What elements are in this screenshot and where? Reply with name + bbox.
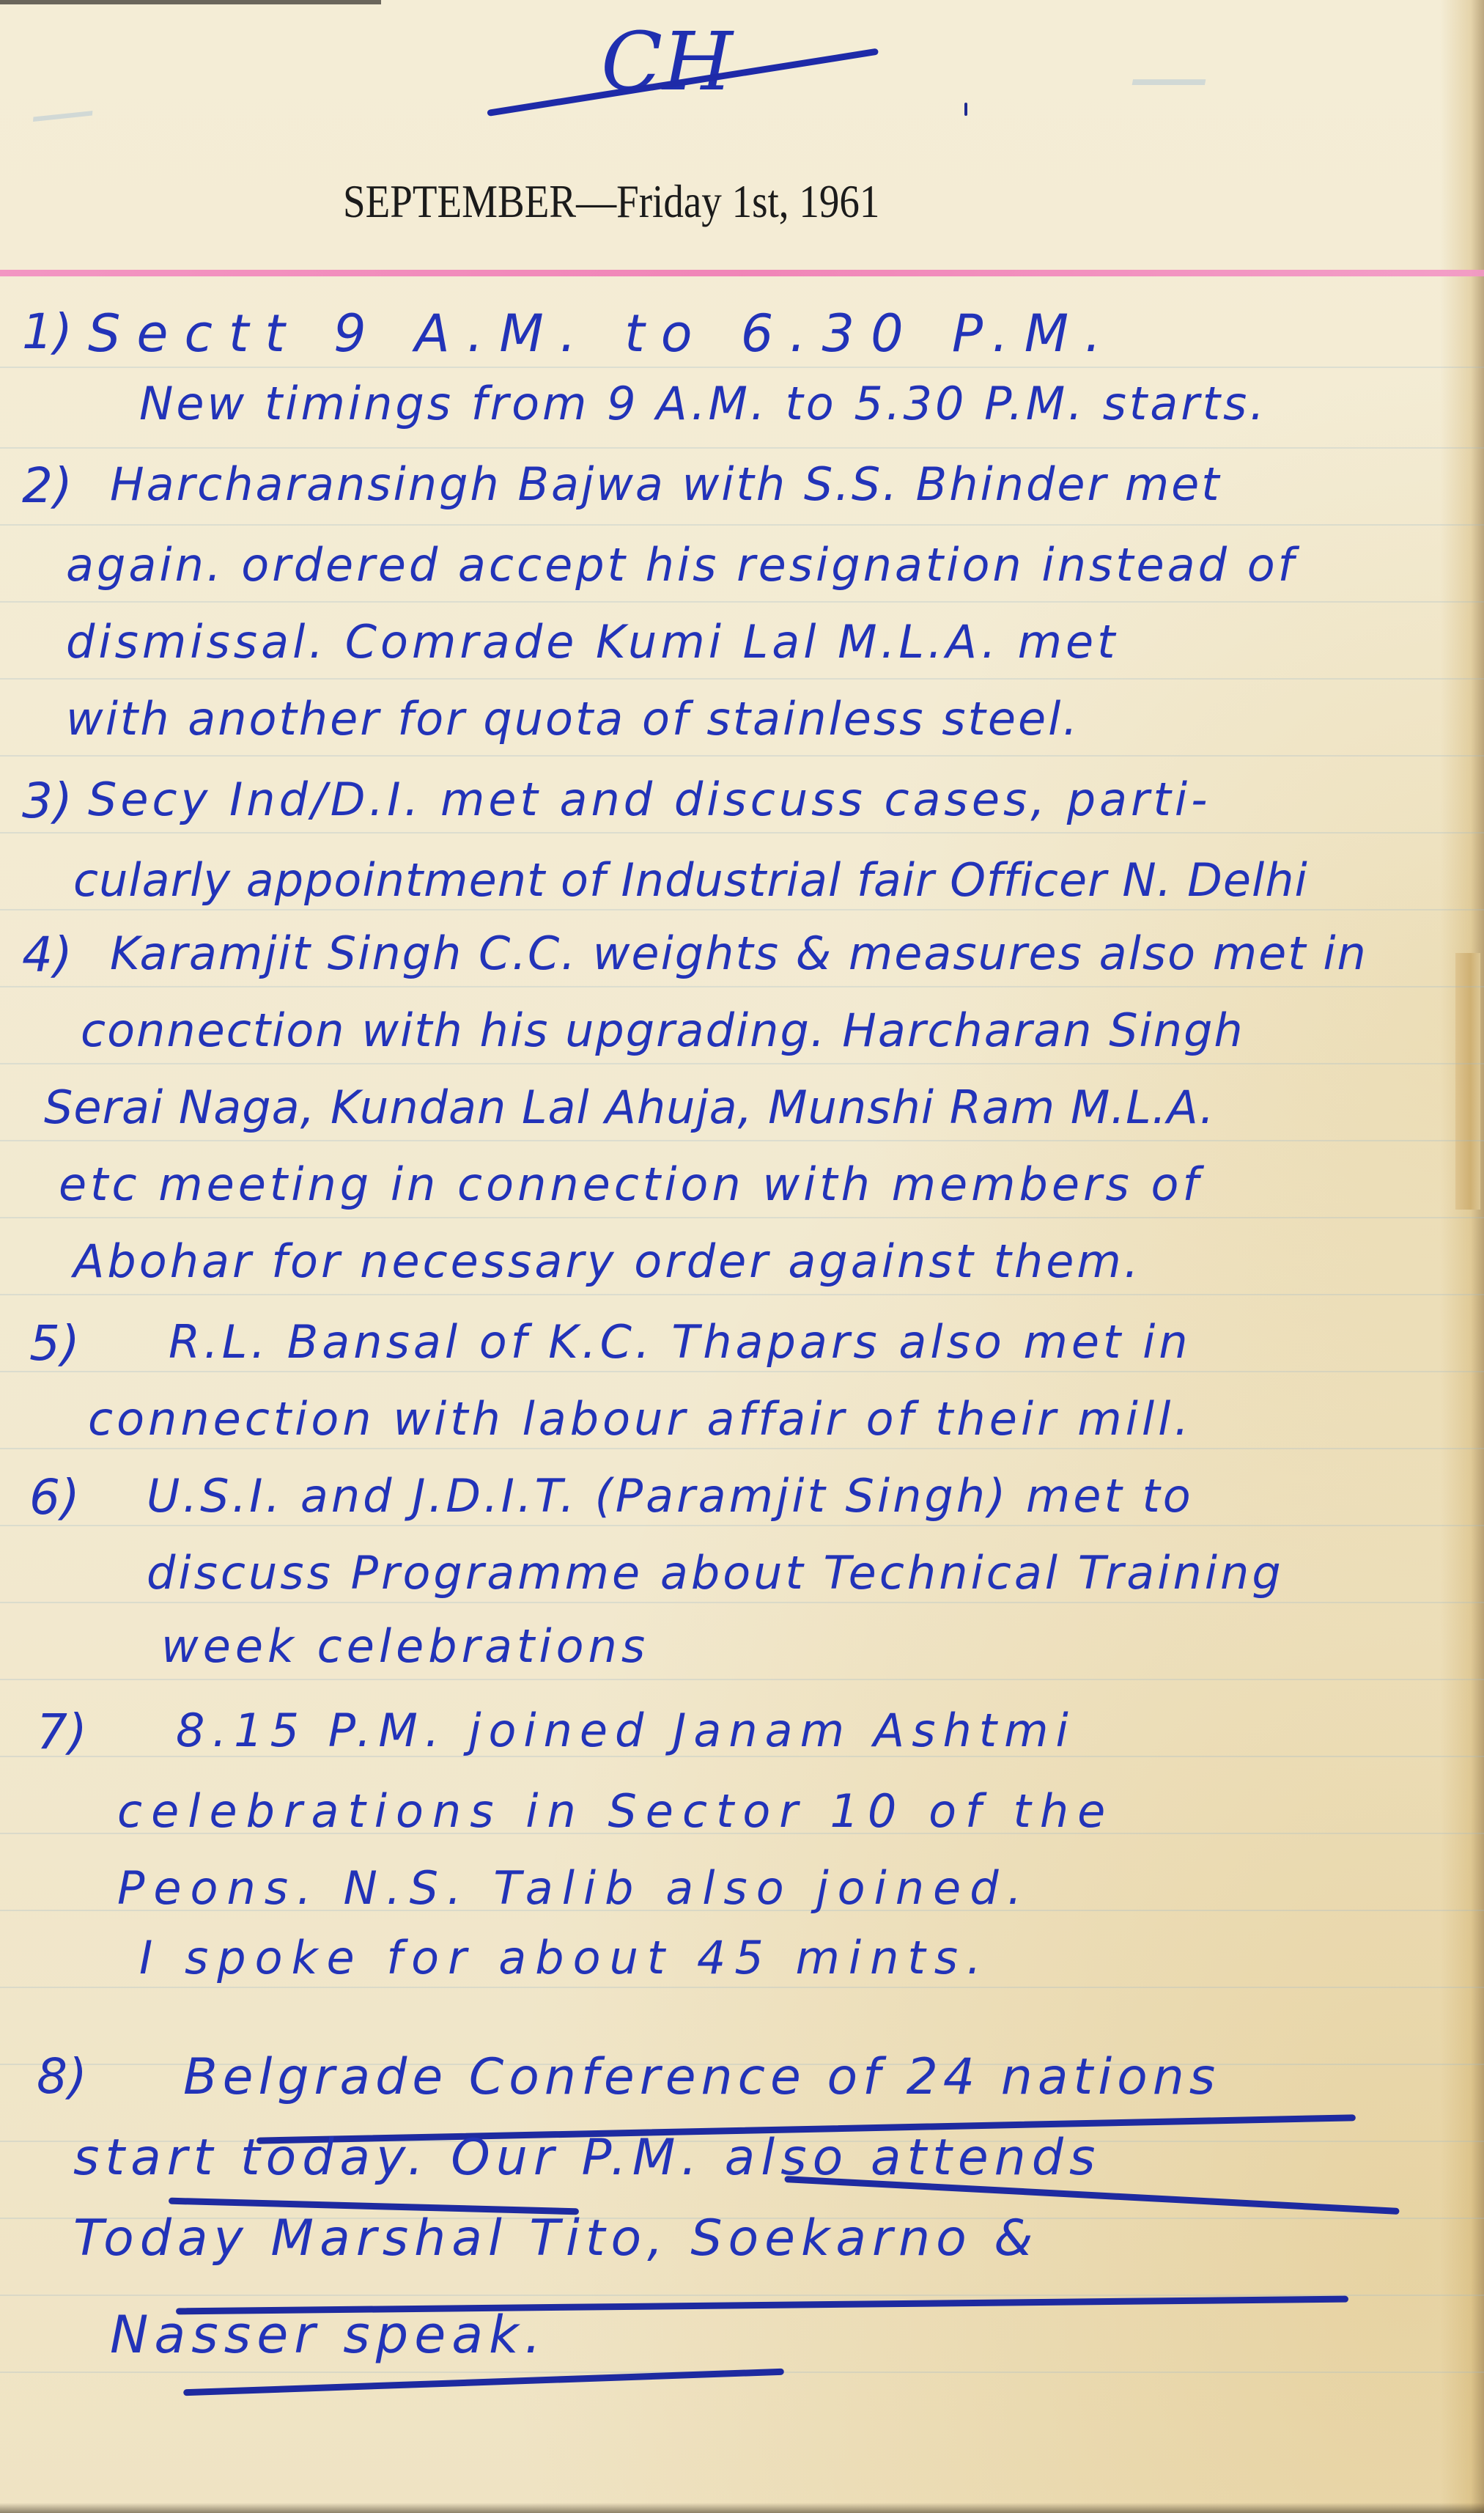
ruled-line xyxy=(0,601,1484,603)
printed-date-header: SEPTEMBER—Friday 1st, 1961 xyxy=(343,174,973,229)
ruled-line xyxy=(0,1525,1484,1526)
ruled-line xyxy=(0,1294,1484,1295)
entry-number: 4) xyxy=(22,931,73,979)
entry-line: Nasser speak. xyxy=(110,2309,547,2361)
diary-page: — — CH SEPTEMBER—Friday 1st, 1961 1) Sec… xyxy=(0,0,1484,2513)
entry-number: 6) xyxy=(29,1473,81,1522)
scan-edge xyxy=(0,0,381,4)
entry-line: I spoke for about 45 mints. xyxy=(139,1935,990,1981)
scan-shadow xyxy=(0,2503,1484,2513)
entry-line: connection with labour affair of their m… xyxy=(88,1397,1192,1442)
entry-line: start today. Our P.M. also attends xyxy=(73,2133,1101,2183)
entry-line: R.L. Bansal of K.C. Thapars also met in xyxy=(169,1320,1192,1365)
entry-number: 7) xyxy=(37,1708,88,1756)
ruled-line xyxy=(0,755,1484,757)
entry-line: Today Marshal Tito, Soekarno & xyxy=(73,2214,1038,2264)
ruled-line xyxy=(0,1063,1484,1064)
show-through-impression: — xyxy=(1129,29,1252,123)
entry-line: New timings from 9 A.M. to 5.30 P.M. sta… xyxy=(139,381,1267,427)
ruled-line xyxy=(0,1602,1484,1603)
ruled-line xyxy=(0,1140,1484,1141)
entry-number: 5) xyxy=(29,1320,81,1368)
entry-line: connection with his upgrading. Harcharan… xyxy=(81,1008,1244,1053)
header-rule xyxy=(0,270,1484,276)
entry-number: 1) xyxy=(22,308,73,356)
ruled-line xyxy=(0,2295,1484,2296)
ink-tick xyxy=(964,103,967,116)
ruled-line xyxy=(0,909,1484,910)
entry-line: dismissal. Comrade Kumi Lal M.L.A. met xyxy=(66,619,1118,665)
entry-line: week celebrations xyxy=(161,1624,649,1669)
ruled-line xyxy=(0,832,1484,834)
entry-line: discuss Programme about Technical Traini… xyxy=(147,1550,1284,1596)
entry-line: Karamjit Singh C.C. weights & measures a… xyxy=(110,931,1367,976)
ruled-line xyxy=(0,1679,1484,1680)
entry-line: Secy Ind/D.I. met and discuss cases, par… xyxy=(88,777,1211,823)
entry-number: 8) xyxy=(37,2053,88,2101)
show-through-impression: — xyxy=(26,70,102,153)
entry-number: 2) xyxy=(22,462,73,510)
ruled-line xyxy=(0,1217,1484,1218)
entry-line: Harcharansingh Bajwa with S.S. Bhinder m… xyxy=(110,462,1222,507)
entry-line: etc meeting in connection with members o… xyxy=(59,1162,1202,1207)
entry-line: Serai Naga, Kundan Lal Ahuja, Munshi Ram… xyxy=(44,1085,1215,1130)
ruled-line xyxy=(0,1371,1484,1372)
ruled-line xyxy=(0,524,1484,526)
entry-line: Peons. N.S. Talib also joined. xyxy=(117,1866,1030,1911)
ruled-line xyxy=(0,986,1484,987)
ruled-line xyxy=(0,1448,1484,1449)
entry-line: with another for quota of stainless stee… xyxy=(66,696,1079,742)
binding-strip xyxy=(1455,953,1480,1210)
entry-line: U.S.I. and J.D.I.T. (Paramjit Singh) met… xyxy=(147,1473,1194,1519)
entry-line: celebrations in Sector 10 of the xyxy=(117,1789,1114,1834)
ruled-line xyxy=(0,678,1484,680)
ruled-line xyxy=(0,1987,1484,1988)
entry-line: cularly appointment of Industrial fair O… xyxy=(73,858,1308,903)
paper-stain xyxy=(1440,0,1484,2513)
entry-line: Belgrade Conference of 24 nations xyxy=(183,2053,1220,2102)
ruled-line xyxy=(0,367,1484,368)
ruled-line xyxy=(0,447,1484,449)
entry-line: Sectt 9 A.M. to 6.30 P.M. xyxy=(88,308,1117,359)
entry-line: Abohar for necessary order against them. xyxy=(73,1239,1141,1284)
entry-line: 8.15 P.M. joined Janam Ashtmi xyxy=(176,1708,1076,1754)
entry-line: again. ordered accept his resignation in… xyxy=(66,542,1297,588)
entry-number: 3) xyxy=(22,777,73,825)
